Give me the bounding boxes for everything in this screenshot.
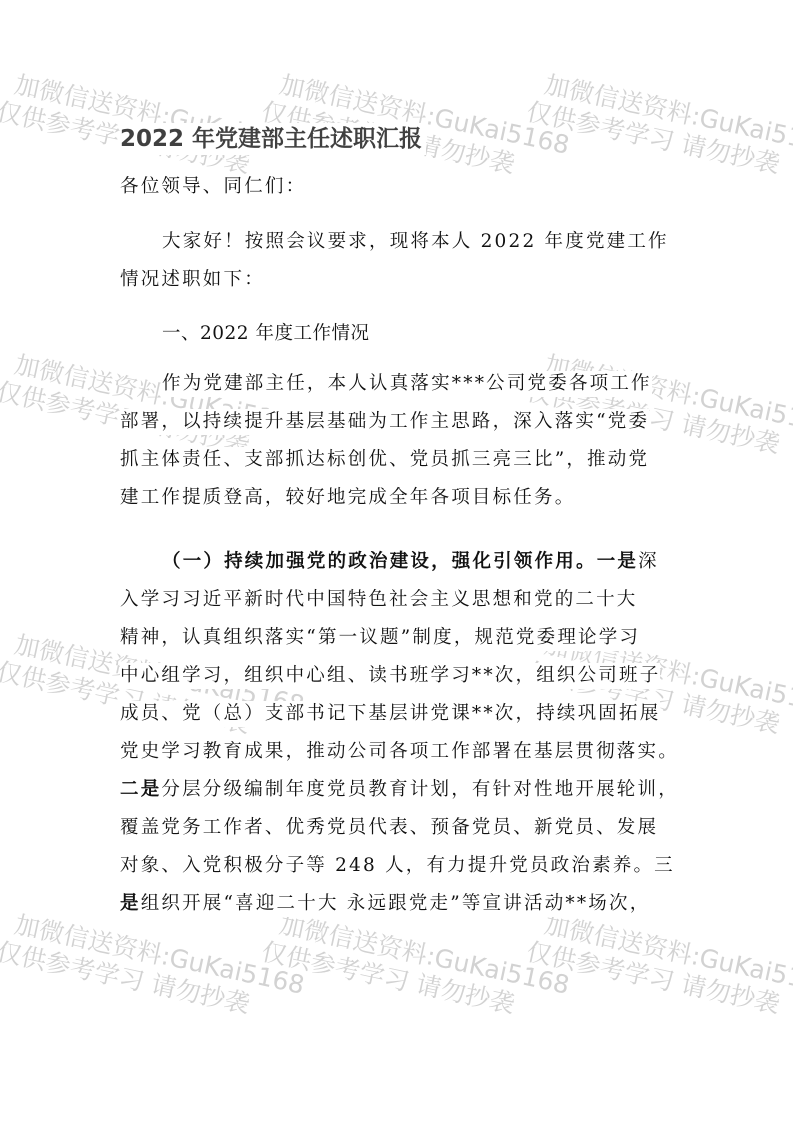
paragraph-line: 覆盖党务工作者、优秀党员代表、预备党员、新党员、发展	[120, 815, 658, 841]
paragraph-line: 中心组学习，组织中心组、读书班学习**次，组织公司班子	[120, 663, 660, 689]
document-body: 2022 年党建部主任述职汇报 各位领导、同仁们： 大家好！按照会议要求，现将本…	[0, 0, 793, 1122]
salutation: 各位领导、同仁们：	[120, 174, 306, 200]
opening-line-1: 大家好！按照会议要求，现将本人 2022 年度党建工作	[162, 229, 669, 255]
document-page: 加微信送资料:GuKai5168 仅供参考学习 请勿抄袭 加微信送资料:GuKa…	[0, 0, 793, 1122]
paragraph-line: 精神，认真组织落实“第一议题”制度，规范党委理论学习	[120, 625, 640, 651]
paragraph-line: 党史学习教育成果，推动公司各项工作部署在基层贯彻落实。	[120, 739, 679, 765]
paragraph-line: 建工作提质登高，较好地完成全年各项目标任务。	[120, 485, 575, 511]
paragraph-line: 对象、入党积极分子等 248 人，有力提升党员政治素养。三	[120, 853, 675, 879]
section-heading-1: 一、2022 年度工作情况	[162, 321, 369, 347]
paragraph-line: 成员、党（总）支部书记下基层讲党课**次，持续巩固拓展	[120, 701, 660, 727]
opening-line-2: 情况述职如下：	[120, 267, 265, 293]
point-label: 二是	[120, 779, 161, 800]
paragraph-text: 分层分级编制年度党员教育计划，有针对性地开展轮训，	[161, 779, 679, 800]
paragraph-line: 作为党建部主任，本人认真落实***公司党委各项工作	[162, 371, 652, 397]
subsection-heading: （一）持续加强党的政治建设，强化引领作用。一是	[162, 551, 638, 572]
paragraph-text: 深	[638, 551, 659, 572]
paragraph-line: 是组织开展“喜迎二十大 永远跟党走”等宣讲活动**场次，	[120, 891, 650, 917]
paragraph-line: 入学习习近平新时代中国特色社会主义思想和党的二十大	[120, 587, 638, 613]
paragraph-line: 部署，以持续提升基层基础为工作主思路，深入落实“党委	[120, 409, 649, 435]
subsection-line-1: （一）持续加强党的政治建设，强化引领作用。一是深	[162, 549, 659, 575]
paragraph-text: 组织开展“喜迎二十大 永远跟党走”等宣讲活动**场次，	[141, 893, 651, 914]
point-label: 是	[120, 893, 141, 914]
paragraph-line: 抓主体责任、支部抓达标创优、党员抓三亮三比”，推动党	[120, 447, 649, 473]
document-title: 2022 年党建部主任述职汇报	[120, 123, 426, 155]
paragraph-line: 二是分层分级编制年度党员教育计划，有针对性地开展轮训，	[120, 777, 679, 803]
